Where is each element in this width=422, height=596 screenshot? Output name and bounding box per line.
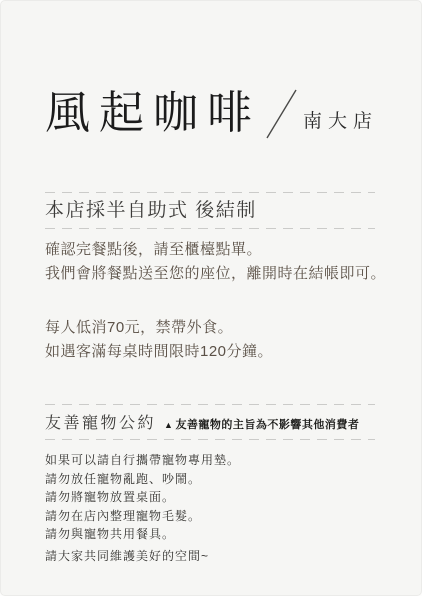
notice-heading: 本店採半自助式 後結制 — [45, 200, 257, 222]
divider-dashed-pet-top — [45, 404, 375, 405]
divider-dashed-top — [45, 192, 375, 193]
divider-dashed-under-heading — [45, 228, 375, 229]
brand-logo: 風起咖啡 南大店 — [45, 87, 378, 137]
paragraph-line: 我們會將餐點送至您的座位，離開時在結帳即可。 — [45, 262, 386, 286]
ordering-instructions: 確認完餐點後，請至櫃檯點單。 我們會將餐點送至您的座位，離開時在結帳即可。 — [45, 238, 386, 286]
slash-divider-icon — [263, 87, 299, 141]
pet-policy-header: 友善寵物公約 ▲ 友善寵物的主旨為不影響其他消費者 — [45, 413, 359, 435]
notice-card: 風起咖啡 南大店 本店採半自助式 後結制 確認完餐點後，請至櫃檯點單。 我們會將… — [0, 0, 422, 596]
closing-line: 請大家共同維護美好的空間~ — [45, 548, 209, 564]
paragraph-line: 如遇客滿每桌時間限時120分鐘。 — [45, 340, 273, 364]
pet-rule-item: 請勿在店內整理寵物毛髮。 — [45, 507, 240, 526]
pet-rule-item: 請勿放任寵物亂跑、吵鬧。 — [45, 470, 240, 489]
pet-rule-item: 如果可以請自行攜帶寵物專用墊。 — [45, 451, 240, 470]
paragraph-line: 每人低消70元，禁帶外食。 — [45, 316, 273, 340]
triangle-up-icon: ▲ — [164, 416, 173, 434]
pet-rule-item: 請勿將寵物放置桌面。 — [45, 488, 240, 507]
pet-policy-rules: 如果可以請自行攜帶寵物專用墊。 請勿放任寵物亂跑、吵鬧。 請勿將寵物放置桌面。 … — [45, 451, 240, 544]
pet-policy-heading: 友善寵物公約 — [45, 413, 156, 435]
branch-name: 南大店 — [303, 110, 378, 134]
minimum-charge-rules: 每人低消70元，禁帶外食。 如遇客滿每桌時間限時120分鐘。 — [45, 316, 273, 364]
brand-logotype: 風起咖啡 — [45, 89, 261, 137]
pet-policy-note-text: 友善寵物的主旨為不影響其他消費者 — [175, 416, 359, 434]
divider-dashed-pet-bottom — [45, 439, 375, 440]
paragraph-line: 確認完餐點後，請至櫃檯點單。 — [45, 238, 386, 262]
pet-policy-note: ▲ 友善寵物的主旨為不影響其他消費者 — [164, 416, 359, 434]
pet-rule-item: 請勿與寵物共用餐具。 — [45, 525, 240, 544]
